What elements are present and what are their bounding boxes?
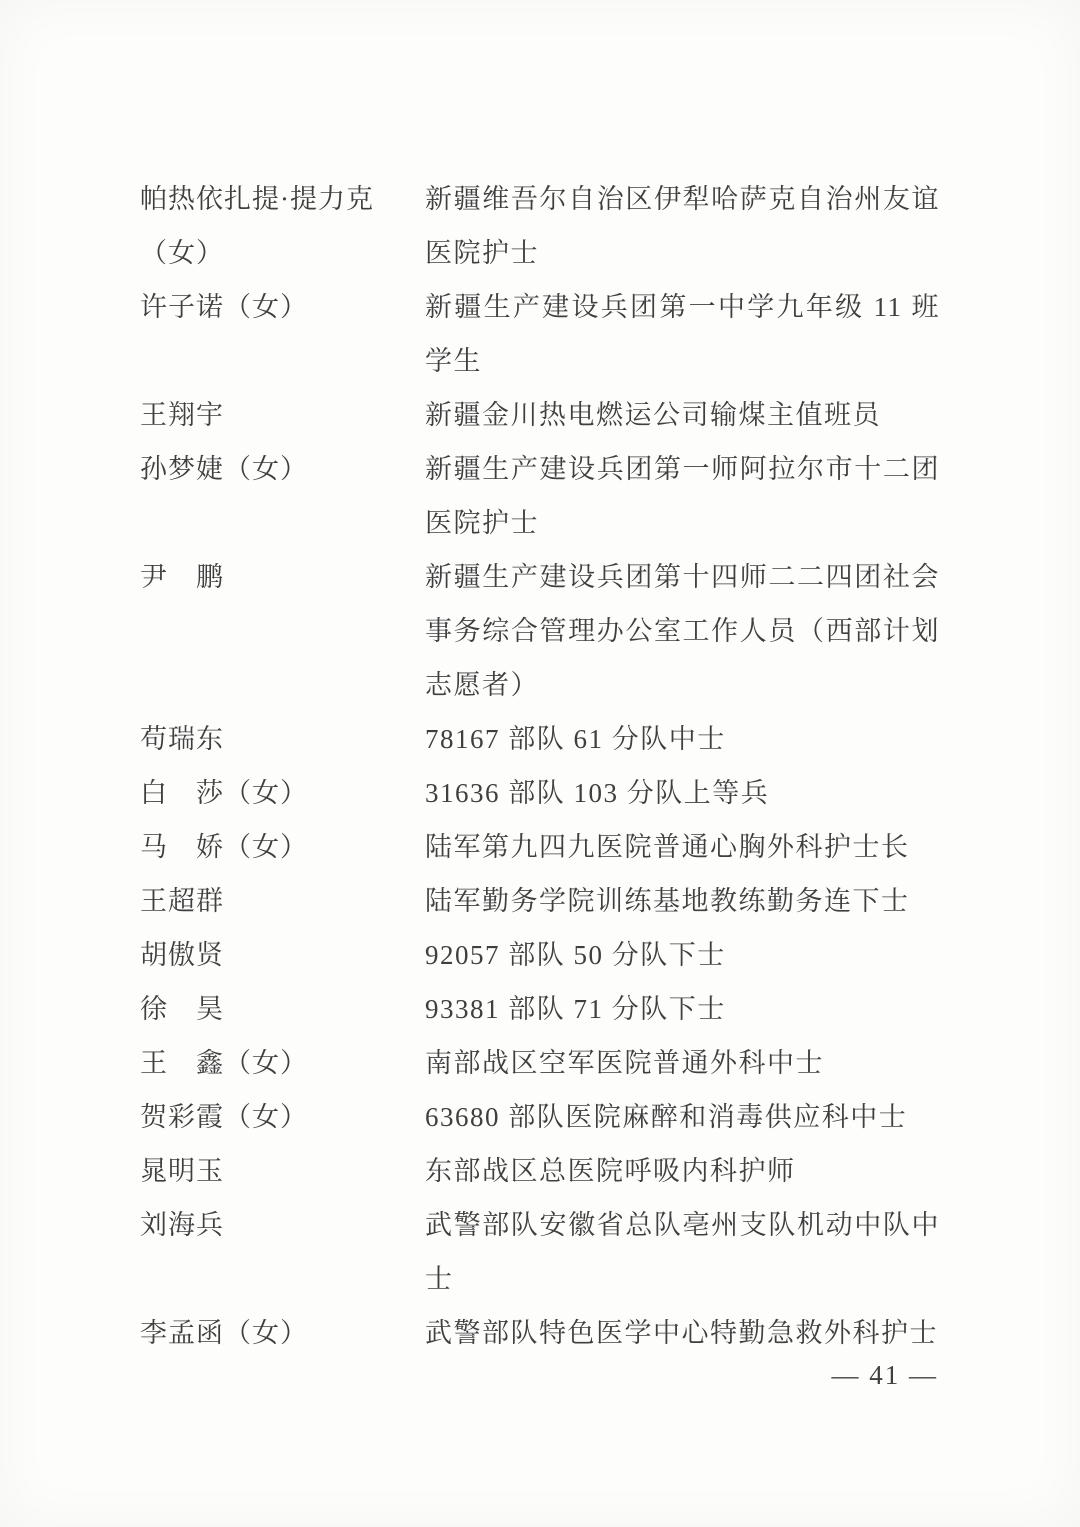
- entry-name: 帕热依扎提·提力克（女）: [140, 172, 425, 280]
- entry-row: 尹 鹏 新疆生产建设兵团第十四师二二四团社会事务综合管理办公室工作人员（西部计划…: [140, 550, 940, 712]
- entry-name: 徐 昊: [140, 982, 425, 1036]
- entry-affiliation: 武警部队安徽省总队亳州支队机动中队中士: [425, 1198, 940, 1306]
- entry-name: 李孟函（女）: [140, 1306, 425, 1360]
- entry-row: 帕热依扎提·提力克（女） 新疆维吾尔自治区伊犁哈萨克自治州友谊医院护士: [140, 172, 940, 280]
- entry-affiliation: 陆军第九四九医院普通心胸外科护士长: [425, 820, 940, 874]
- entry-row: 贺彩霞（女） 63680 部队医院麻醉和消毒供应科中士: [140, 1090, 940, 1144]
- entry-affiliation: 东部战区总医院呼吸内科护师: [425, 1144, 940, 1198]
- entry-affiliation: 新疆生产建设兵团第一中学九年级 11 班学生: [425, 280, 940, 388]
- entry-row: 王翔宇 新疆金川热电燃运公司输煤主值班员: [140, 388, 940, 442]
- entry-row: 马 娇（女） 陆军第九四九医院普通心胸外科护士长: [140, 820, 940, 874]
- page-number: — 41 —: [832, 1358, 939, 1392]
- entry-row: 徐 昊 93381 部队 71 分队下士: [140, 982, 940, 1036]
- entry-row: 许子诺（女） 新疆生产建设兵团第一中学九年级 11 班学生: [140, 280, 940, 388]
- entry-row: 晁明玉 东部战区总医院呼吸内科护师: [140, 1144, 940, 1198]
- entry-affiliation: 93381 部队 71 分队下士: [425, 982, 940, 1036]
- entry-name: 晁明玉: [140, 1144, 425, 1198]
- entry-name: 胡傲贤: [140, 928, 425, 982]
- entry-name: 孙梦婕（女）: [140, 442, 425, 496]
- entry-name: 马 娇（女）: [140, 820, 425, 874]
- document-page: 帕热依扎提·提力克（女） 新疆维吾尔自治区伊犁哈萨克自治州友谊医院护士 许子诺（…: [0, 0, 1080, 1527]
- entry-affiliation: 新疆金川热电燃运公司输煤主值班员: [425, 388, 940, 442]
- entry-row: 白 莎（女） 31636 部队 103 分队上等兵: [140, 766, 940, 820]
- entry-name: 王超群: [140, 874, 425, 928]
- entry-name: 尹 鹏: [140, 550, 425, 604]
- entries-list: 帕热依扎提·提力克（女） 新疆维吾尔自治区伊犁哈萨克自治州友谊医院护士 许子诺（…: [140, 172, 940, 1360]
- entry-row: 王超群 陆军勤务学院训练基地教练勤务连下士: [140, 874, 940, 928]
- entry-affiliation: 新疆生产建设兵团第一师阿拉尔市十二团医院护士: [425, 442, 940, 550]
- entry-name: 王 鑫（女）: [140, 1036, 425, 1090]
- entry-row: 李孟函（女） 武警部队特色医学中心特勤急救外科护士: [140, 1306, 940, 1360]
- entry-row: 胡傲贤 92057 部队 50 分队下士: [140, 928, 940, 982]
- entry-name: 王翔宇: [140, 388, 425, 442]
- honor-roll-section: 帕热依扎提·提力克（女） 新疆维吾尔自治区伊犁哈萨克自治州友谊医院护士 许子诺（…: [140, 172, 940, 1360]
- entry-affiliation: 南部战区空军医院普通外科中士: [425, 1036, 940, 1090]
- entry-affiliation: 新疆维吾尔自治区伊犁哈萨克自治州友谊医院护士: [425, 172, 940, 280]
- entry-name: 苟瑞东: [140, 712, 425, 766]
- entry-affiliation: 78167 部队 61 分队中士: [425, 712, 940, 766]
- entry-affiliation: 新疆生产建设兵团第十四师二二四团社会事务综合管理办公室工作人员（西部计划志愿者）: [425, 550, 940, 712]
- entry-affiliation: 武警部队特色医学中心特勤急救外科护士: [425, 1306, 940, 1360]
- entry-row: 苟瑞东 78167 部队 61 分队中士: [140, 712, 940, 766]
- entry-row: 王 鑫（女） 南部战区空军医院普通外科中士: [140, 1036, 940, 1090]
- entry-row: 刘海兵 武警部队安徽省总队亳州支队机动中队中士: [140, 1198, 940, 1306]
- entry-name: 贺彩霞（女）: [140, 1090, 425, 1144]
- entry-affiliation: 92057 部队 50 分队下士: [425, 928, 940, 982]
- entry-name: 白 莎（女）: [140, 766, 425, 820]
- entry-affiliation: 63680 部队医院麻醉和消毒供应科中士: [425, 1090, 940, 1144]
- entry-affiliation: 31636 部队 103 分队上等兵: [425, 766, 940, 820]
- entry-row: 孙梦婕（女） 新疆生产建设兵团第一师阿拉尔市十二团医院护士: [140, 442, 940, 550]
- entry-name: 许子诺（女）: [140, 280, 425, 334]
- entry-name: 刘海兵: [140, 1198, 425, 1252]
- entry-affiliation: 陆军勤务学院训练基地教练勤务连下士: [425, 874, 940, 928]
